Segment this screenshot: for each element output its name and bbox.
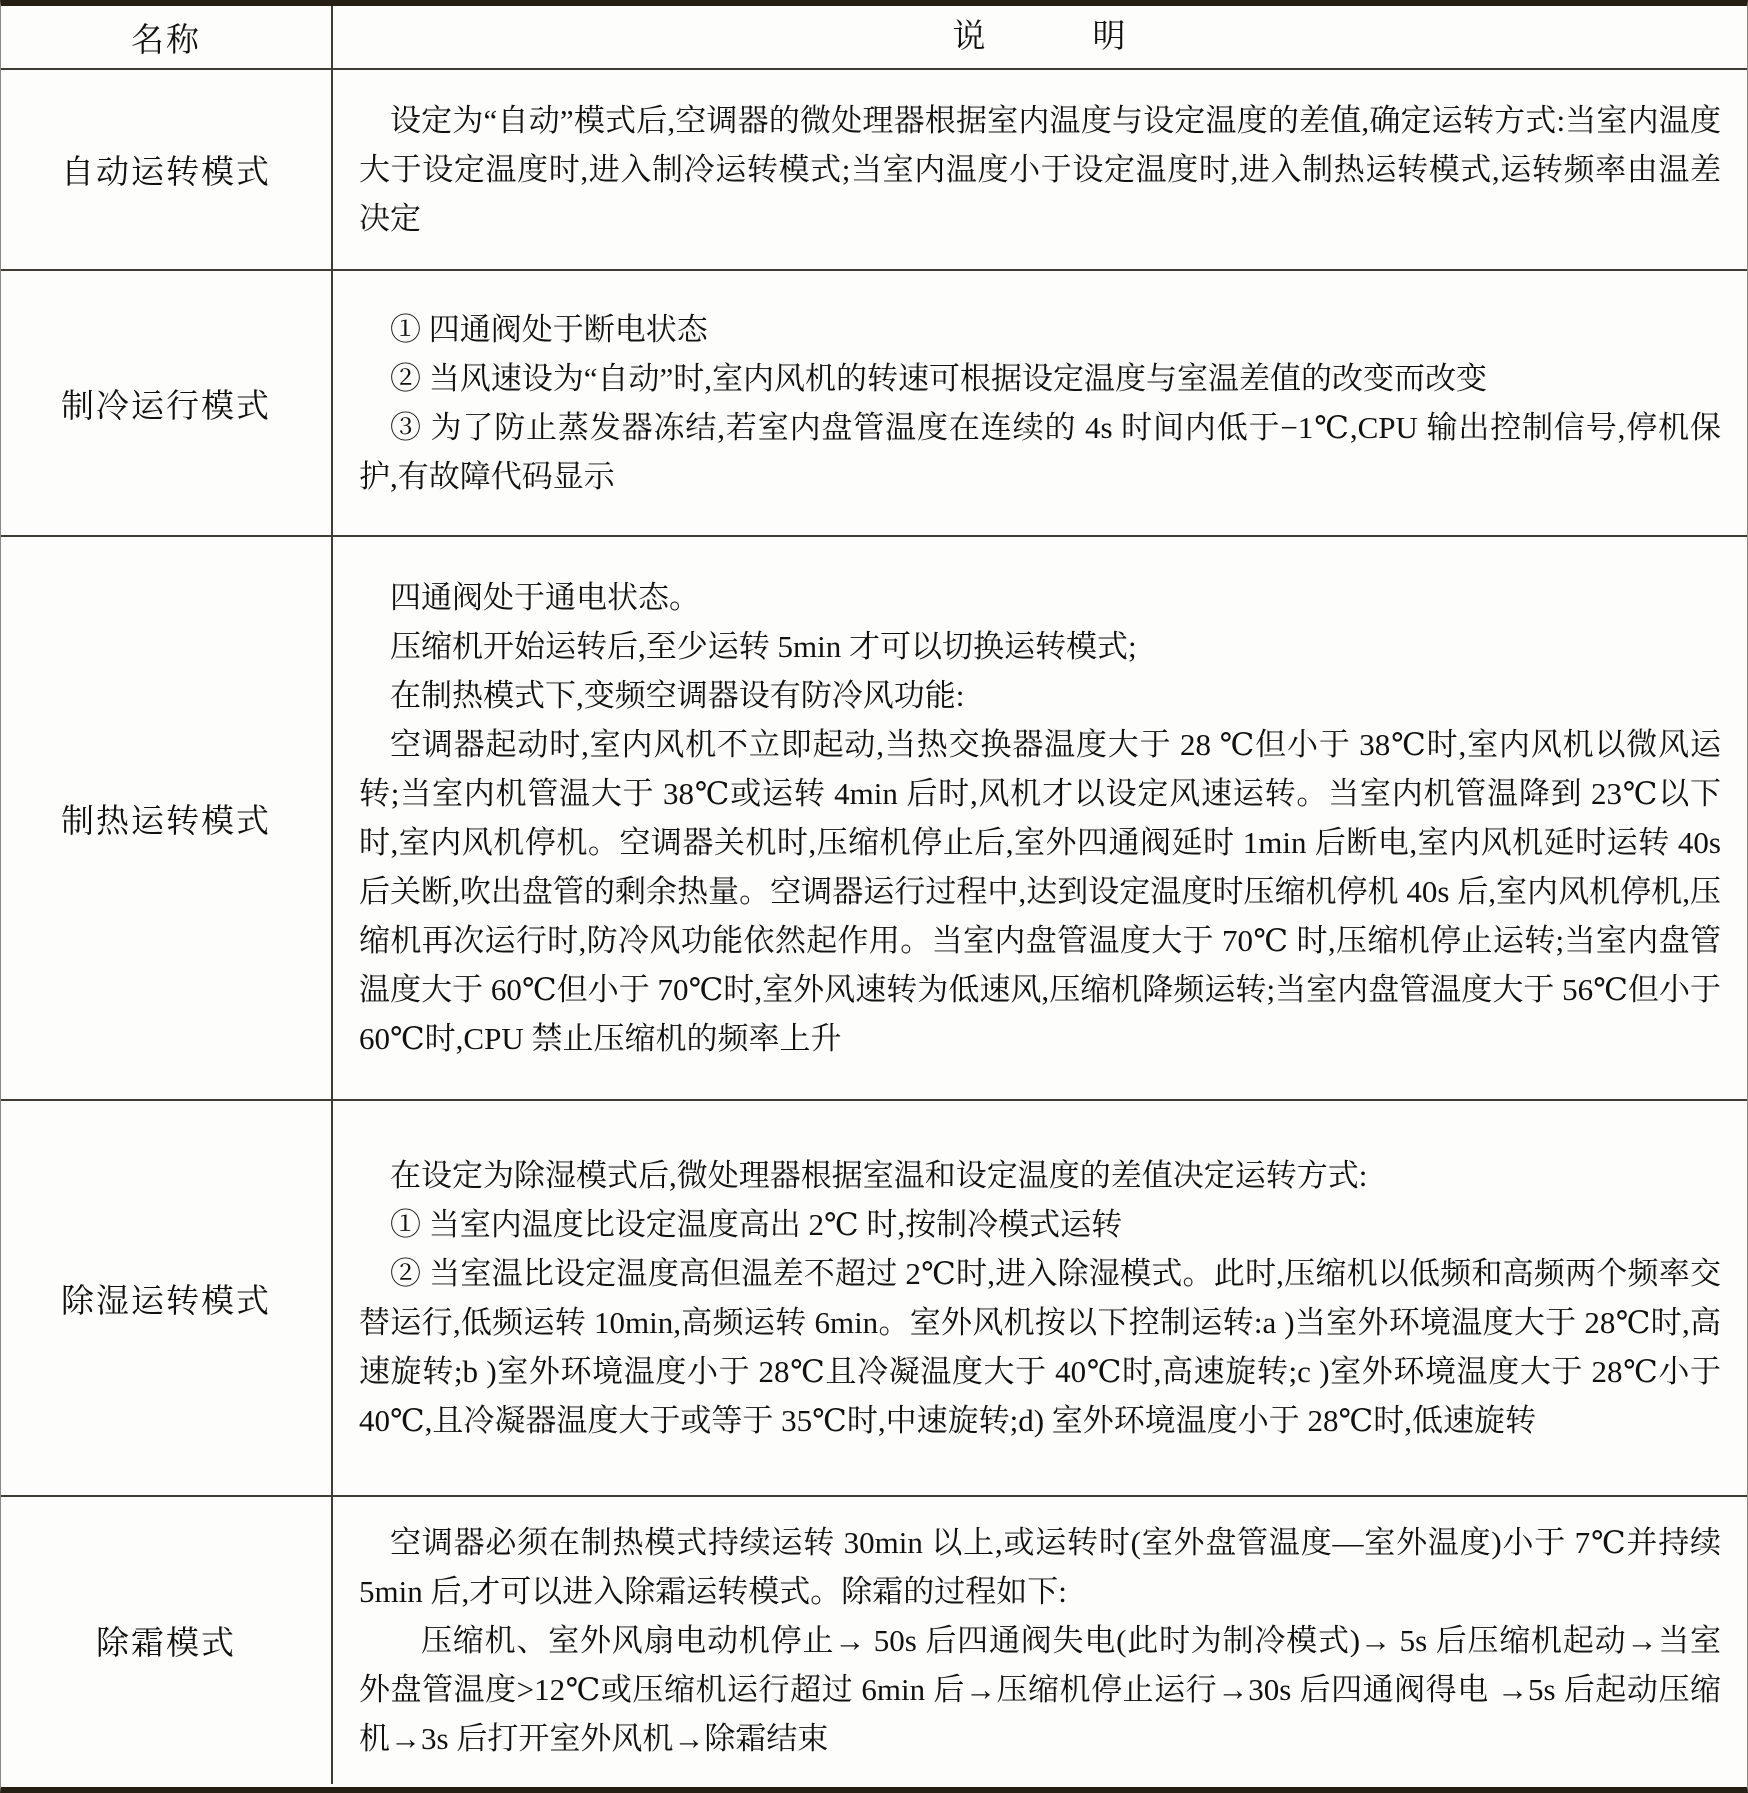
ac-operation-modes-table: 名称 说 明 自动运转模式 设定为“自动”模式后,空调器的微处理器根据室内温度与…: [0, 0, 1748, 1793]
table-header-row: 名称 说 明: [1, 6, 1747, 70]
paragraph: 设定为“自动”模式后,空调器的微处理器根据室内温度与设定温度的差值,确定运转方式…: [359, 96, 1721, 243]
paragraph: 在设定为除湿模式后,微处理器根据室温和设定温度的差值决定运转方式:: [359, 1151, 1721, 1200]
paragraph: 压缩机开始运转后,至少运转 5min 才可以切换运转模式;: [359, 622, 1721, 671]
row-description-heating-mode: 四通阀处于通电状态。 压缩机开始运转后,至少运转 5min 才可以切换运转模式;…: [333, 537, 1747, 1099]
paragraph: 在制热模式下,变频空调器设有防冷风功能:: [359, 671, 1721, 720]
row-label-heating-mode: 制热运转模式: [1, 537, 333, 1099]
row-description-cooling-mode: ① 四通阀处于断电状态 ② 当风速设为“自动”时,室内风机的转速可根据设定温度与…: [333, 271, 1747, 535]
paragraph: 压缩机、室外风扇电动机停止→ 50s 后四通阀失电(此时为制冷模式)→ 5s 后…: [359, 1616, 1721, 1763]
row-description-defrost-mode: 空调器必须在制热模式持续运转 30min 以上,或运转时(室外盘管温度—室外温度…: [333, 1497, 1747, 1784]
paragraph: ① 当室内温度比设定温度高出 2℃ 时,按制冷模式运转: [359, 1200, 1721, 1249]
table-row-cooling-mode: 制冷运行模式 ① 四通阀处于断电状态 ② 当风速设为“自动”时,室内风机的转速可…: [1, 271, 1747, 537]
header-description-column: 说 明: [333, 6, 1747, 68]
paragraph: ③ 为了防止蒸发器冻结,若室内盘管温度在连续的 4s 时间内低于−1℃,CPU …: [359, 403, 1721, 501]
scanned-document-page: 名称 说 明 自动运转模式 设定为“自动”模式后,空调器的微处理器根据室内温度与…: [0, 0, 1748, 1793]
table-row-dehumidify-mode: 除湿运转模式 在设定为除湿模式后,微处理器根据室温和设定温度的差值决定运转方式:…: [1, 1101, 1747, 1497]
row-label-auto-mode: 自动运转模式: [1, 70, 333, 269]
paragraph: ② 当风速设为“自动”时,室内风机的转速可根据设定温度与室温差值的改变而改变: [359, 354, 1721, 403]
paragraph: ① 四通阀处于断电状态: [359, 305, 1721, 354]
row-label-defrost-mode: 除霜模式: [1, 1497, 333, 1784]
row-description-auto-mode: 设定为“自动”模式后,空调器的微处理器根据室内温度与设定温度的差值,确定运转方式…: [333, 70, 1747, 269]
paragraph: ② 当室温比设定温度高但温差不超过 2℃时,进入除湿模式。此时,压缩机以低频和高…: [359, 1249, 1721, 1445]
row-label-cooling-mode: 制冷运行模式: [1, 271, 333, 535]
table-row-heating-mode: 制热运转模式 四通阀处于通电状态。 压缩机开始运转后,至少运转 5min 才可以…: [1, 537, 1747, 1101]
row-label-dehumidify-mode: 除湿运转模式: [1, 1101, 333, 1495]
paragraph: 空调器起动时,室内风机不立即起动,当热交换器温度大于 28 ℃但小于 38℃时,…: [359, 720, 1721, 1063]
paragraph: 空调器必须在制热模式持续运转 30min 以上,或运转时(室外盘管温度—室外温度…: [359, 1518, 1721, 1616]
row-description-dehumidify-mode: 在设定为除湿模式后,微处理器根据室温和设定温度的差值决定运转方式: ① 当室内温…: [333, 1101, 1747, 1495]
paragraph: 四通阀处于通电状态。: [359, 573, 1721, 622]
table-row-defrost-mode: 除霜模式 空调器必须在制热模式持续运转 30min 以上,或运转时(室外盘管温度…: [1, 1497, 1747, 1784]
table-row-auto-mode: 自动运转模式 设定为“自动”模式后,空调器的微处理器根据室内温度与设定温度的差值…: [1, 70, 1747, 271]
header-name-column: 名称: [1, 6, 333, 68]
